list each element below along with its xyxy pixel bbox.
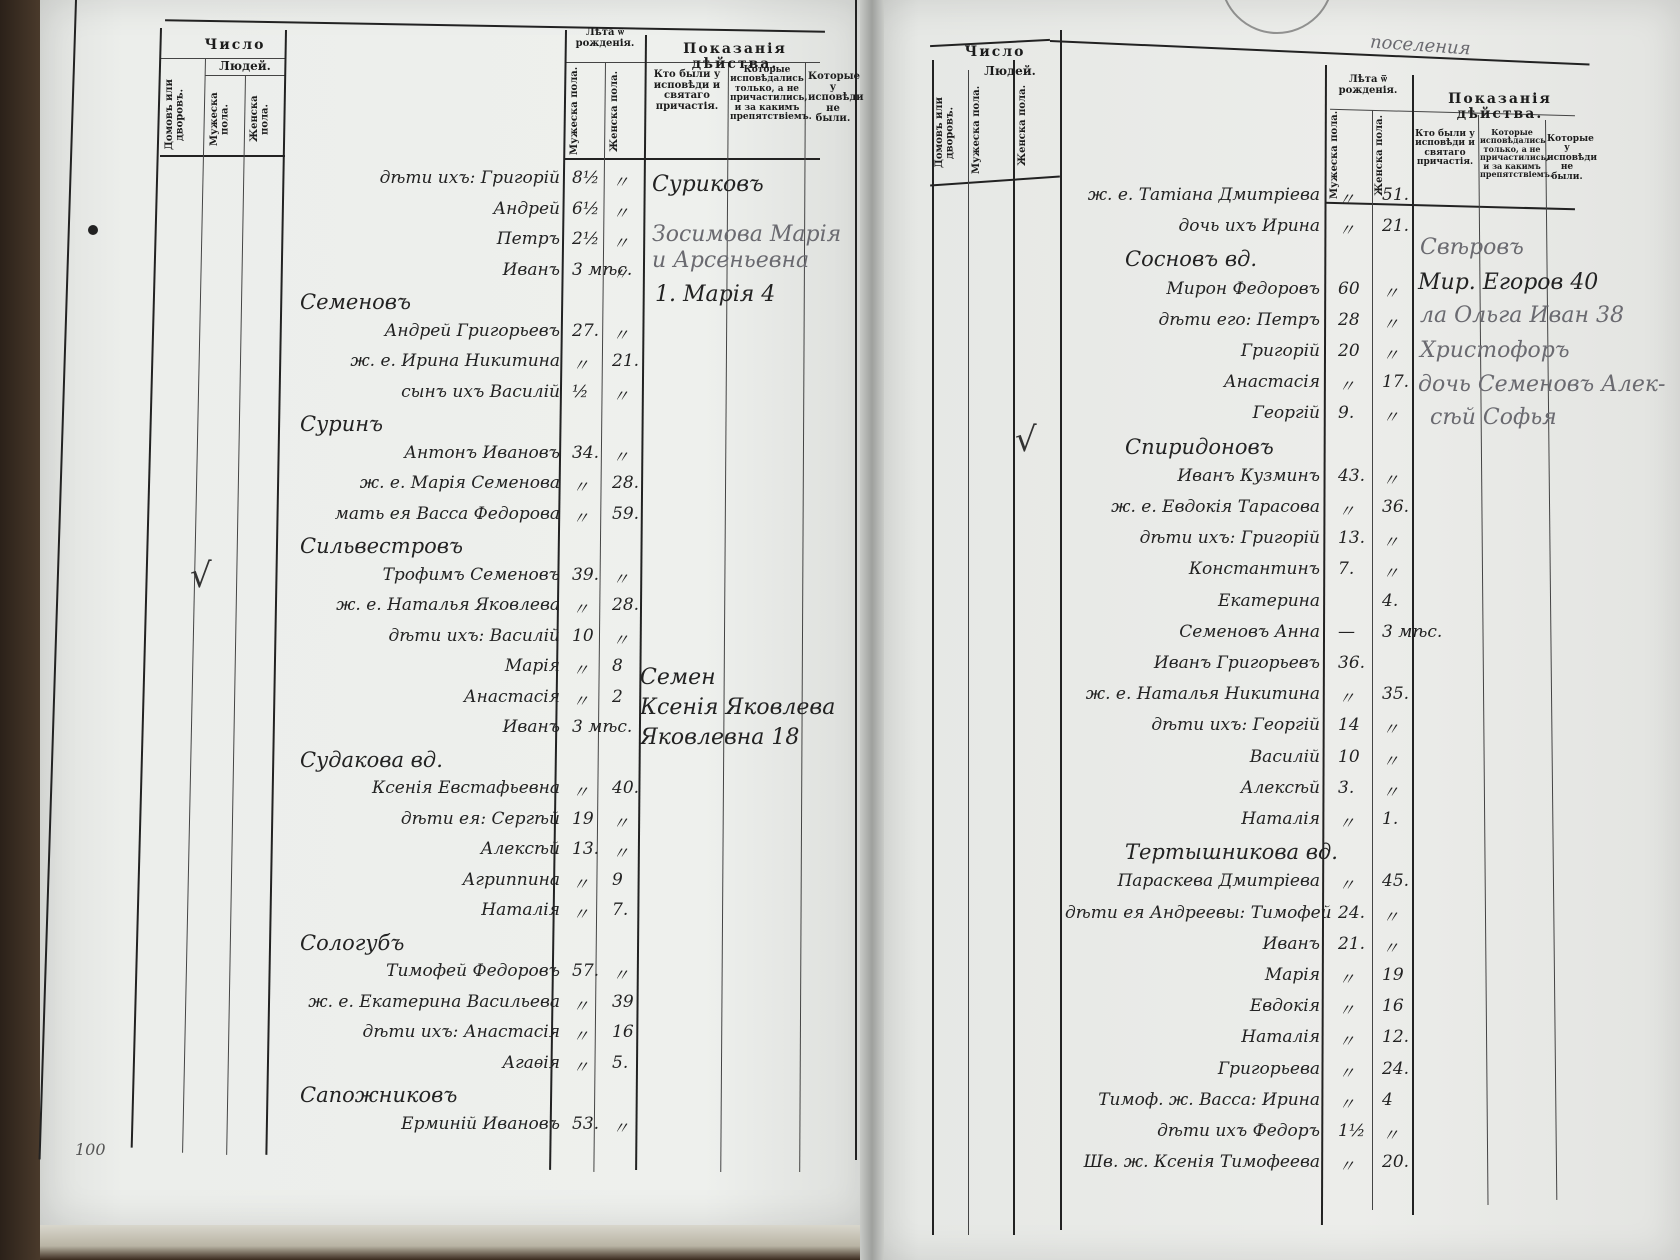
person-name: Григорій: [1065, 341, 1320, 361]
age-female-cell: 21.: [612, 351, 639, 371]
person-name: ж. е. Татіана Дмитріева: [1065, 185, 1320, 205]
age-male-cell: 27.: [572, 321, 599, 341]
age-male-cell: 1½: [1338, 1121, 1365, 1141]
family-surname: Семеновъ: [300, 290, 411, 314]
header-not-confessed: Которые у исповѣди не были.: [808, 72, 858, 125]
age-female-cell: 28.: [612, 595, 639, 615]
person-name: Наталія: [240, 900, 560, 920]
person-name: Анастасія: [1065, 372, 1320, 392]
age-male-cell: 〃: [1338, 996, 1355, 1021]
person-name: Антонъ Ивановъ: [240, 443, 560, 463]
header-chislo: Число: [200, 38, 270, 53]
right-col-border-4: [1060, 30, 1062, 1230]
person-name: дѣти ея Андреевы: Тимофей: [1065, 903, 1320, 923]
header-only-confessed: Которые исповѣдались только, а не причас…: [730, 66, 804, 123]
page-number: 100: [75, 1140, 106, 1159]
age-male-cell: 19: [572, 809, 594, 829]
age-female-cell: 〃: [1382, 466, 1399, 491]
person-name: дѣти его: Петръ: [1065, 310, 1320, 330]
age-female-cell: 〃: [1382, 310, 1399, 335]
age-male-cell: 20: [1338, 341, 1360, 361]
age-female-cell: 〃: [612, 626, 629, 651]
age-male-cell: 〃: [1338, 1027, 1355, 1052]
person-name: Трофимъ Семеновъ: [240, 565, 560, 585]
age-male-cell: 57.: [572, 961, 599, 981]
person-name: Марія: [1065, 965, 1320, 985]
age-female-cell: 28.: [612, 473, 639, 493]
margin-note: сѣй Софья: [1430, 405, 1557, 430]
age-male-cell: 〃: [1338, 497, 1355, 522]
person-name: дѣти ихъ: Анастасія: [240, 1022, 560, 1042]
age-female-cell: 5.: [612, 1053, 628, 1073]
age-male-cell: 〃: [572, 870, 589, 895]
header-people-female-right: Женска пола.: [1018, 80, 1054, 170]
age-male-cell: 21.: [1338, 934, 1365, 954]
age-female-cell: 〃: [1382, 341, 1399, 366]
person-name: Ксенія Евстафьевна: [240, 778, 560, 798]
person-name: дѣти ихъ: Григорій: [1065, 528, 1320, 548]
person-name: Петръ: [240, 229, 560, 249]
person-name: Георгій: [1065, 403, 1320, 423]
age-female-cell: 〃: [612, 443, 629, 468]
age-male-cell: 13.: [1338, 528, 1365, 548]
age-female-cell: 〃: [612, 1114, 629, 1139]
age-female-cell: 16: [1382, 996, 1404, 1016]
age-female-cell: 7.: [612, 900, 628, 920]
person-name: Евдокія: [1065, 996, 1320, 1016]
page-stack-edge: [40, 1225, 870, 1260]
age-male-cell: 14: [1338, 715, 1360, 735]
age-female-cell: 〃: [1382, 279, 1399, 304]
age-male-cell: 〃: [572, 473, 589, 498]
person-name: Иванъ: [240, 260, 560, 280]
header-not-confessed-right: Которые у исповѣди не были.: [1547, 135, 1587, 182]
age-male-cell: 36.: [1338, 653, 1365, 673]
margin-note: Яковлевна 18: [640, 725, 799, 750]
right-col-border-7: [1412, 75, 1414, 1215]
age-female-cell: 24.: [1382, 1059, 1409, 1079]
age-female-cell: 〃: [1382, 747, 1399, 772]
person-name: Алексѣй: [240, 839, 560, 859]
person-name: Агриппина: [240, 870, 560, 890]
header-people-right: Людей.: [980, 65, 1040, 78]
header-people-male-right: Мужеска пола.: [972, 85, 1008, 175]
age-female-cell: 〃: [1382, 403, 1399, 428]
person-name: ж. е. Марія Семенова: [240, 473, 560, 493]
right-col-border-6: [1372, 110, 1373, 1210]
age-male-cell: 6½: [572, 199, 599, 219]
age-female-cell: 〃: [1382, 778, 1399, 803]
age-female-cell: 8: [612, 656, 623, 676]
age-male-cell: 8½: [572, 168, 599, 188]
age-female-cell: 45.: [1382, 871, 1409, 891]
age-female-cell: 12.: [1382, 1027, 1409, 1047]
age-male-cell: 〃: [572, 778, 589, 803]
person-name: ж. е. Ирина Никитина: [240, 351, 560, 371]
age-male-cell: 〃: [1338, 1090, 1355, 1115]
header-age-of-birth: Лѣта ѿ рожденія.: [567, 28, 643, 49]
person-name: Агаѳія: [240, 1053, 560, 1073]
age-female-cell: 〃: [612, 199, 629, 224]
age-male-cell: 10: [572, 626, 594, 646]
age-male-cell: 9.: [1338, 403, 1354, 423]
age-female-cell: 〃: [612, 168, 629, 193]
age-male-cell: 10: [1338, 747, 1360, 767]
age-female-cell: 3 мѣс.: [1382, 622, 1442, 642]
age-male-cell: 〃: [1338, 871, 1355, 896]
person-name: Марія: [240, 656, 560, 676]
age-male-cell: —: [1338, 622, 1355, 642]
age-female-cell: 〃: [612, 260, 629, 285]
age-male-cell: 〃: [1338, 1152, 1355, 1177]
book-gutter: [860, 0, 884, 1260]
age-male-cell: 〃: [572, 504, 589, 529]
header-only-confessed-right: Которые исповѣдались только, а не причас…: [1480, 128, 1544, 178]
right-col-border-2: [968, 70, 969, 1235]
left-outer-border: [855, 0, 857, 1160]
header-age-female: Женска пола.: [610, 66, 640, 156]
header-confessed: Кто были у исповѣди и святаго причастія.: [648, 70, 726, 112]
person-name: Тимоф. ж. Васса: Ирина: [1065, 1090, 1320, 1110]
header-age-male: Мужеска пола.: [570, 66, 600, 156]
age-female-cell: 59.: [612, 504, 639, 524]
age-male-cell: 〃: [1338, 809, 1355, 834]
age-male-cell: 〃: [572, 1022, 589, 1047]
person-name: Наталія: [1065, 1027, 1320, 1047]
person-name: Иванъ: [1065, 934, 1320, 954]
person-name: Андрей: [240, 199, 560, 219]
header-confessed-right: Кто были у исповѣди и святаго причастія.: [1414, 130, 1476, 168]
person-name: Константинъ: [1065, 559, 1320, 579]
family-surname: Сосновъ вд.: [1125, 247, 1257, 271]
age-female-cell: 1.: [1382, 809, 1398, 829]
person-name: Шв. ж. Ксенія Тимофеева: [1065, 1152, 1320, 1172]
age-female-cell: 〃: [1382, 934, 1399, 959]
age-male-cell: 〃: [572, 1053, 589, 1078]
age-male-cell: 60: [1338, 279, 1360, 299]
age-male-cell: 〃: [1338, 1059, 1355, 1084]
age-male-cell: 〃: [1338, 965, 1355, 990]
age-female-cell: 4.: [1382, 591, 1398, 611]
check-mark-icon: √: [190, 556, 212, 596]
header-households-right: Домовъ или дворовъ.: [935, 85, 967, 180]
age-female-cell: 〃: [612, 382, 629, 407]
ink-blot: [88, 225, 98, 235]
age-male-cell: 34.: [572, 443, 599, 463]
person-name: Василій: [1065, 747, 1320, 767]
age-female-cell: 〃: [612, 565, 629, 590]
age-female-cell: 〃: [612, 961, 629, 986]
person-name: Ерминій Ивановъ: [240, 1114, 560, 1134]
age-female-cell: 17.: [1382, 372, 1409, 392]
family-surname: Сапожниковъ: [300, 1083, 457, 1107]
age-male-cell: 3 мѣс.: [572, 717, 632, 737]
age-male-cell: 43.: [1338, 466, 1365, 486]
person-name: Параскева Дмитріева: [1065, 871, 1320, 891]
person-name: ж. е. Наталья Яковлева: [240, 595, 560, 615]
header-action-right: Показанія дѣйства.: [1420, 92, 1580, 121]
margin-note: Зосимова Марія: [652, 222, 841, 247]
family-surname: Сологубъ: [300, 931, 404, 955]
age-male-cell: ½: [572, 382, 588, 402]
person-name: Григорьева: [1065, 1059, 1320, 1079]
person-name: ж. е. Екатерина Васильева: [240, 992, 560, 1012]
age-male-cell: 〃: [1338, 216, 1355, 241]
person-name: Наталія: [1065, 809, 1320, 829]
age-male-cell: 〃: [1338, 372, 1355, 397]
person-name: Тимофей Федоровъ: [240, 961, 560, 981]
margin-note: Ксенія Яковлева: [640, 695, 835, 720]
age-male-cell: 13.: [572, 839, 599, 859]
age-female-cell: 〃: [612, 839, 629, 864]
person-name: Анастасія: [240, 687, 560, 707]
age-male-cell: 〃: [1338, 185, 1355, 210]
age-male-cell: 39.: [572, 565, 599, 585]
person-name: Семеновъ Анна: [1065, 622, 1320, 642]
age-male-cell: 〃: [572, 900, 589, 925]
person-name: мать ея Васса Федорова: [240, 504, 560, 524]
family-surname: Суринъ: [300, 412, 383, 436]
age-male-cell: 〃: [1338, 684, 1355, 709]
margin-note: дочь Семеновъ Алек-: [1418, 372, 1665, 397]
header-people-male: Мужеска пола.: [210, 80, 240, 158]
person-name: дѣти ихъ: Григорій: [240, 168, 560, 188]
person-name: Алексѣй: [1065, 778, 1320, 798]
age-female-cell: 2: [612, 687, 623, 707]
age-female-cell: 16: [612, 1022, 634, 1042]
margin-note: Свѣровъ: [1420, 235, 1524, 260]
family-surname: Сильвестровъ: [300, 534, 463, 558]
age-male-cell: 28: [1338, 310, 1360, 330]
age-female-cell: 〃: [1382, 1121, 1399, 1146]
person-name: сынъ ихъ Василій: [240, 382, 560, 402]
header-people: Людей.: [215, 60, 275, 73]
age-male-cell: 〃: [572, 992, 589, 1017]
person-name: дѣти ихъ: Георгій: [1065, 715, 1320, 735]
person-name: Иванъ Григорьевъ: [1065, 653, 1320, 673]
age-male-cell: 2½: [572, 229, 599, 249]
margin-note: Мир. Егоров 40: [1418, 270, 1598, 295]
age-female-cell: 21.: [1382, 216, 1409, 236]
age-female-cell: 19: [1382, 965, 1404, 985]
margin-note: ла Ольга Иван 38: [1420, 303, 1624, 328]
age-male-cell: 7.: [1338, 559, 1354, 579]
person-name: Иванъ Кузминъ: [1065, 466, 1320, 486]
person-name: Мирон Федоровъ: [1065, 279, 1320, 299]
age-male-cell: 24.: [1338, 903, 1365, 923]
header-households: Домовъ или дворовъ.: [165, 70, 201, 160]
age-female-cell: 51.: [1382, 185, 1409, 205]
person-name: ж. е. Евдокія Тарасова: [1065, 497, 1320, 517]
person-name: дѣти ея: Сергѣй: [240, 809, 560, 829]
age-male-cell: 〃: [572, 687, 589, 712]
person-name: Андрей Григорьевъ: [240, 321, 560, 341]
margin-note: Суриковъ: [652, 172, 764, 197]
header-chislo-right: Число: [960, 45, 1030, 60]
margin-note: и Арсеньевна: [652, 248, 809, 273]
age-male-cell: 〃: [572, 656, 589, 681]
age-male-cell: 3.: [1338, 778, 1354, 798]
family-surname: Судакова вд.: [300, 748, 443, 772]
age-female-cell: 〃: [612, 229, 629, 254]
age-female-cell: 9: [612, 870, 623, 890]
age-female-cell: 〃: [612, 321, 629, 346]
header-age-of-birth-right: Лѣта ѿ рожденія.: [1327, 75, 1409, 96]
right-col-border-1: [932, 60, 934, 1235]
family-surname: Спиридоновъ: [1125, 435, 1274, 459]
family-surname: Тертышникова вд.: [1125, 840, 1338, 864]
ledger-book: Число Домовъ или дворовъ. Людей. Мужеска…: [0, 0, 1680, 1260]
margin-note: 1. Марія 4: [655, 282, 775, 307]
person-name: Иванъ: [240, 717, 560, 737]
right-col-border-3: [1013, 60, 1015, 1235]
person-name: Екатерина: [1065, 591, 1320, 611]
person-name: дѣти ихъ: Василій: [240, 626, 560, 646]
age-female-cell: 35.: [1382, 684, 1409, 704]
age-female-cell: 39: [612, 992, 634, 1012]
age-female-cell: 〃: [1382, 559, 1399, 584]
age-female-cell: 20.: [1382, 1152, 1409, 1172]
person-name: ж. е. Наталья Никитина: [1065, 684, 1320, 704]
age-male-cell: 53.: [572, 1114, 599, 1134]
margin-note: Христофоръ: [1420, 338, 1570, 363]
age-female-cell: 〃: [612, 809, 629, 834]
person-name: дѣти ихъ Федоръ: [1065, 1121, 1320, 1141]
age-female-cell: 〃: [1382, 528, 1399, 553]
age-female-cell: 4: [1382, 1090, 1393, 1110]
age-female-cell: 〃: [1382, 715, 1399, 740]
age-male-cell: 〃: [572, 351, 589, 376]
age-female-cell: 36.: [1382, 497, 1409, 517]
person-name: дочь ихъ Ирина: [1065, 216, 1320, 236]
header-people-female: Женска пола.: [250, 80, 280, 158]
check-mark-icon: √: [1015, 420, 1037, 460]
age-female-cell: 〃: [1382, 903, 1399, 928]
margin-note: Семен: [640, 665, 716, 690]
age-female-cell: 40.: [612, 778, 639, 798]
age-male-cell: 〃: [572, 595, 589, 620]
